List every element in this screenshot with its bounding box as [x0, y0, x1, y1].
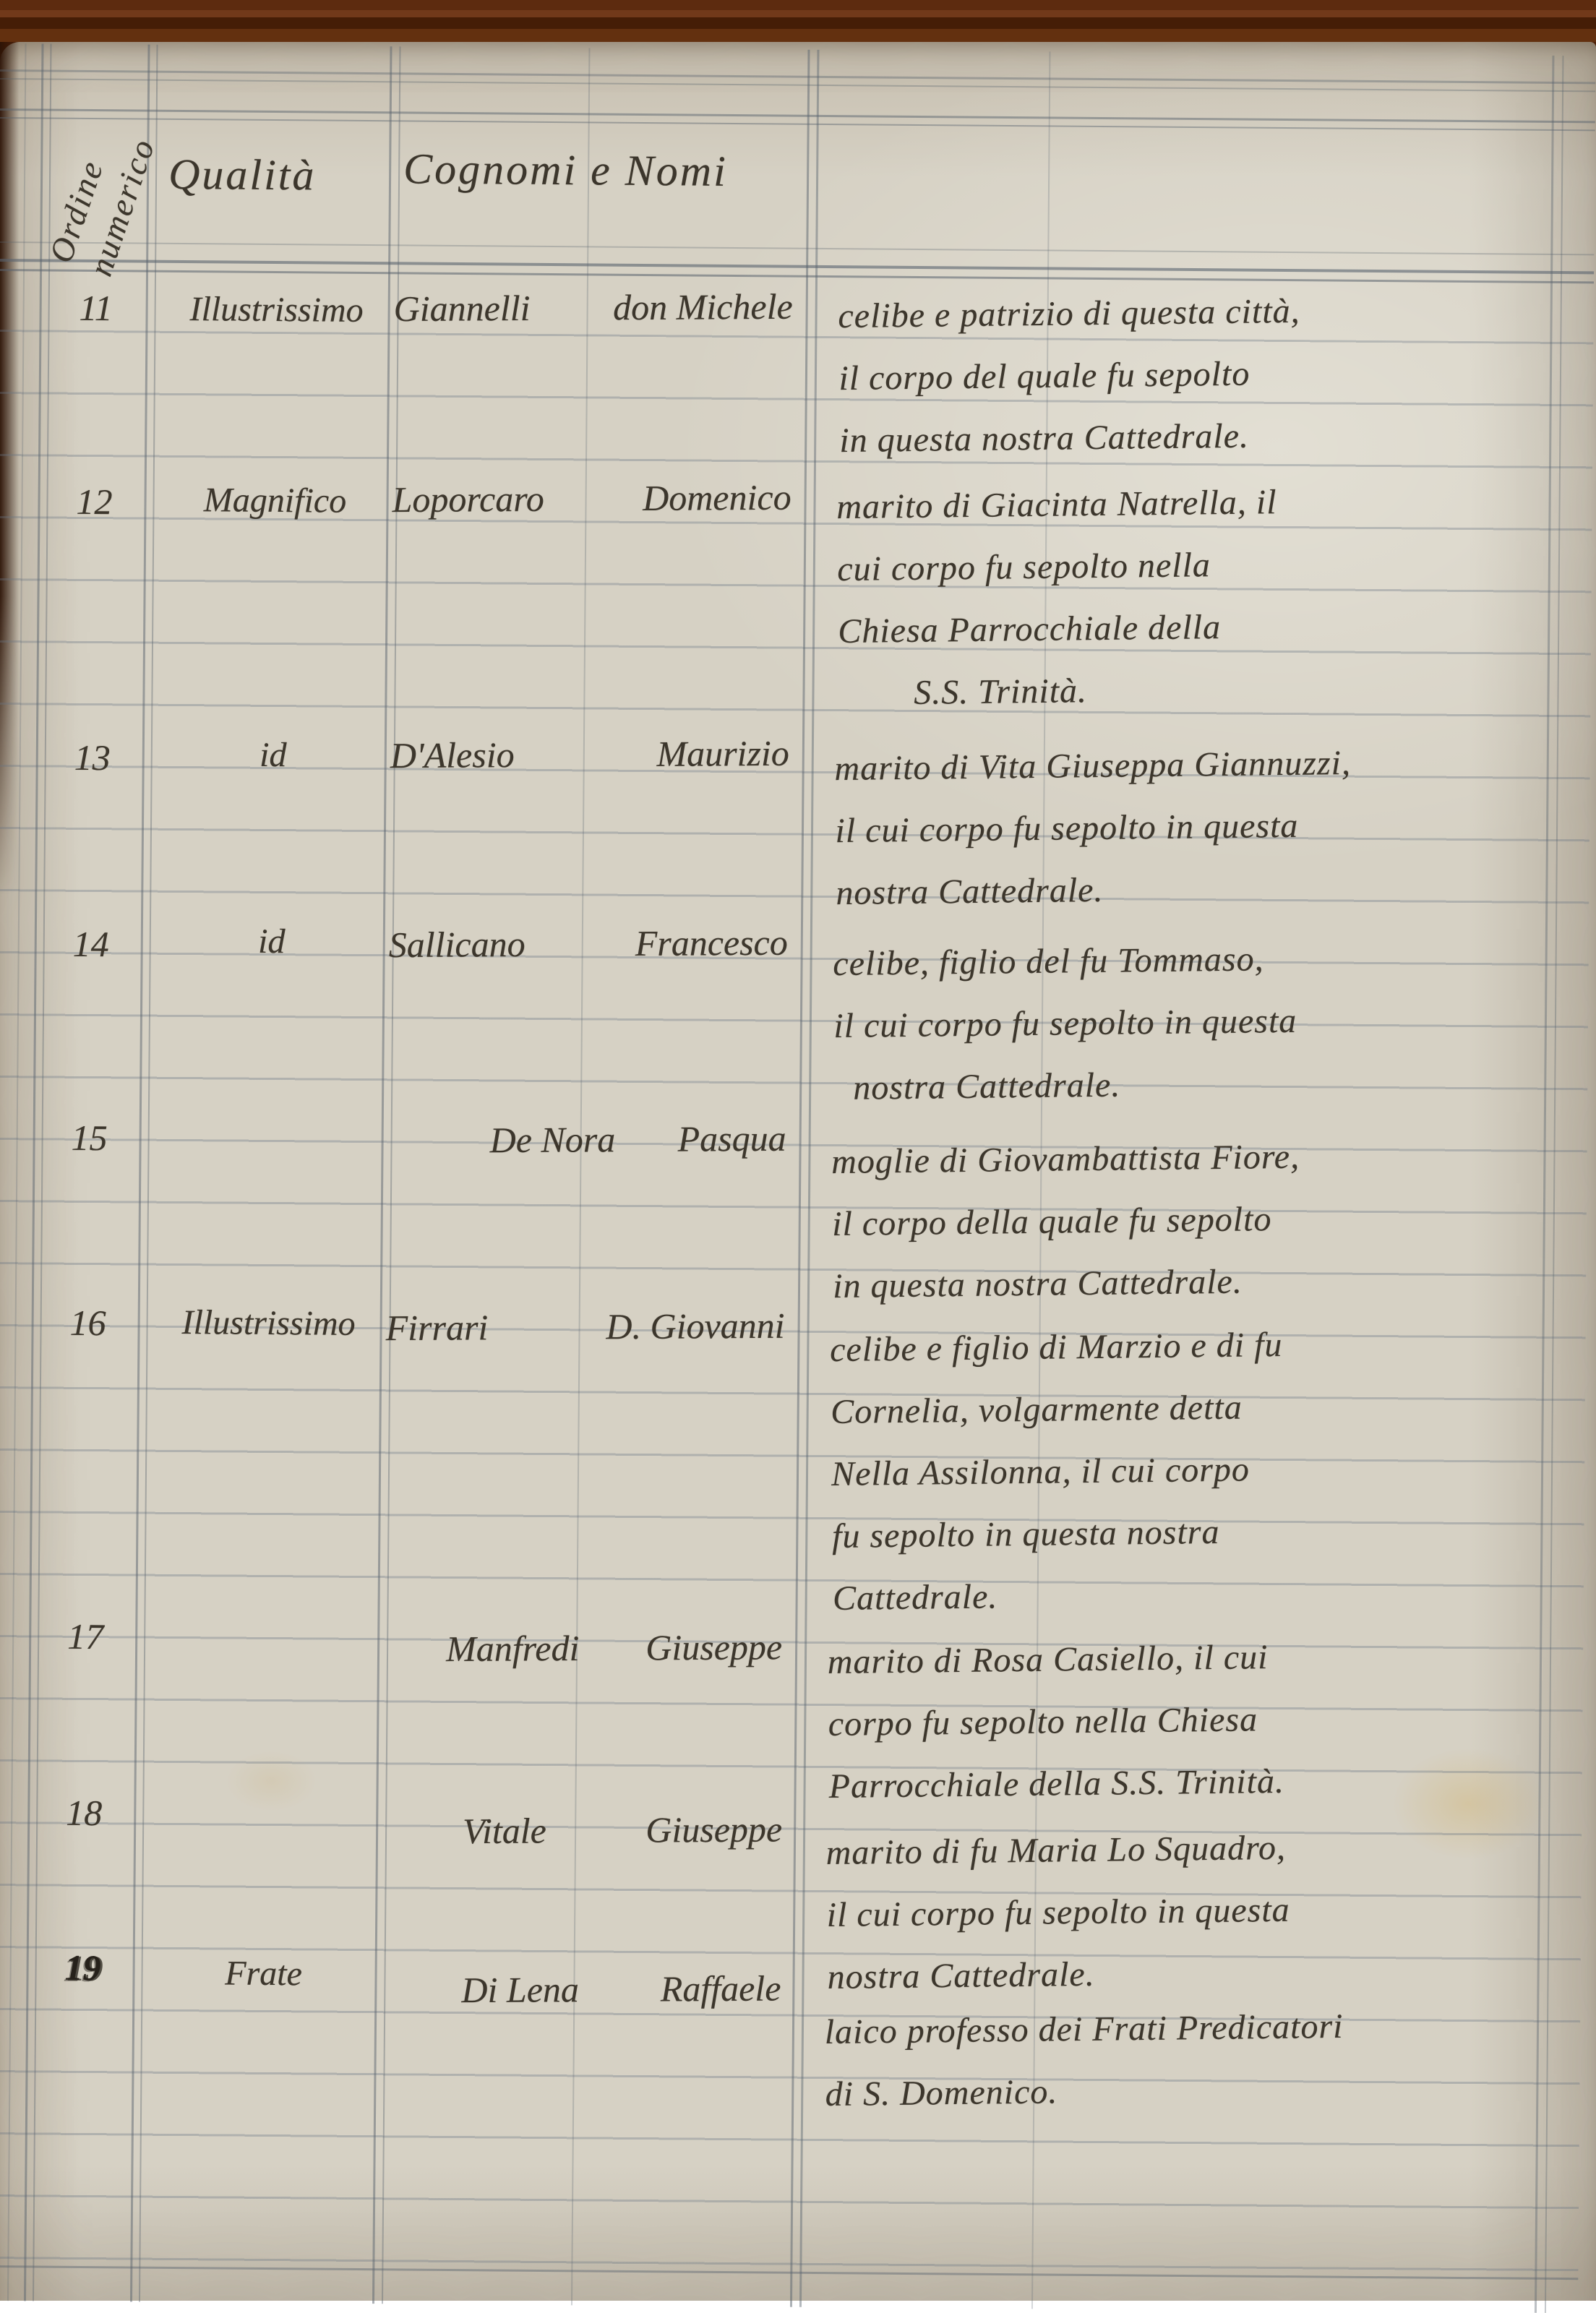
name-cell: Giannelli don Michele: [394, 286, 793, 330]
name-cell: Loporcaro Domenico: [392, 476, 791, 520]
description-cell: laico professo dei Frati Predicatori di …: [824, 1994, 1556, 2126]
given-name: Pasqua: [677, 1117, 786, 1160]
surname: Vitale: [463, 1809, 546, 1852]
row-number: 17: [45, 1615, 126, 1658]
description-cell: celibe e patrizio di questa città, il co…: [838, 278, 1570, 472]
row-number: 18: [43, 1792, 124, 1834]
given-name: Raffaele: [661, 1967, 781, 2009]
surname: Giannelli: [394, 287, 531, 330]
given-name: D. Giovanni: [606, 1305, 785, 1348]
name-cell: Vitale Giuseppe: [463, 1808, 782, 1852]
row-number: 15: [48, 1117, 129, 1159]
description-cell: marito di fu Maria Lo Squadro, il cui co…: [825, 1814, 1558, 2009]
surname: Firrari: [385, 1306, 488, 1349]
description-cell: marito di Vita Giuseppa Giannuzzi, il cu…: [834, 730, 1566, 924]
row-number-corrected: 19: [42, 1947, 123, 1989]
header-rule: [0, 108, 1595, 123]
qualita-cell: Illustrissimo: [160, 289, 392, 331]
header-rule: [0, 241, 1594, 255]
given-name: Giuseppe: [645, 1626, 782, 1668]
name-cell: D'Alesio Maurizio: [390, 732, 789, 776]
description-cell: marito di Giacinta Natrella, il cui corp…: [836, 468, 1569, 725]
row-number: 16: [47, 1302, 128, 1344]
surname: Sallicano: [389, 923, 525, 966]
qualita-cell: Illustrissimo: [152, 1303, 385, 1344]
row-number: 13: [52, 737, 133, 779]
row-number: 14: [51, 923, 132, 966]
name-cell: Firrari D. Giovanni: [385, 1305, 784, 1349]
description-cell: celibe, figlio del fu Tommaso, il cui co…: [833, 925, 1565, 1120]
surname: D'Alesio: [390, 734, 515, 776]
given-name: Francesco: [635, 922, 788, 964]
row-number: 12: [53, 481, 134, 523]
qualita-cell: Frate: [147, 1953, 379, 1995]
given-name: Maurizio: [656, 732, 789, 775]
description-cell: celibe e figlio di Marzio e di fu Cornel…: [830, 1311, 1563, 1630]
description-cell: moglie di Giovambattista Fiore, il corpo…: [831, 1123, 1563, 1318]
name-cell: De Nora Pasqua: [489, 1117, 786, 1162]
surname: Manfredi: [446, 1627, 580, 1670]
surname: Di Lena: [461, 1968, 579, 2011]
header-top-line: [0, 69, 1595, 84]
name-cell: Di Lena Raffaele: [461, 1967, 781, 2011]
given-name: don Michele: [613, 286, 793, 329]
given-name: Giuseppe: [645, 1808, 782, 1850]
surname: De Nora: [489, 1118, 615, 1161]
name-cell: Sallicano Francesco: [389, 922, 788, 966]
column-header-cognomi-e-nomi: Cognomi e Nomi: [403, 144, 728, 197]
row-number: 11: [55, 287, 136, 330]
description-cell: marito di Rosa Casiello, il cui corpo fu…: [827, 1623, 1559, 1818]
qualita-cell: id: [157, 734, 390, 776]
surname: Loporcaro: [392, 478, 544, 520]
qualita-cell: Magnifico: [158, 480, 391, 522]
name-cell: Manfredi Giuseppe: [446, 1626, 782, 1670]
register-table: Ordine numerico Qualità Cognomi e Nomi 1…: [0, 0, 1596, 2301]
qualita-cell: id: [155, 921, 388, 963]
column-header-qualita: Qualità: [168, 150, 317, 201]
given-name: Domenico: [643, 476, 791, 519]
